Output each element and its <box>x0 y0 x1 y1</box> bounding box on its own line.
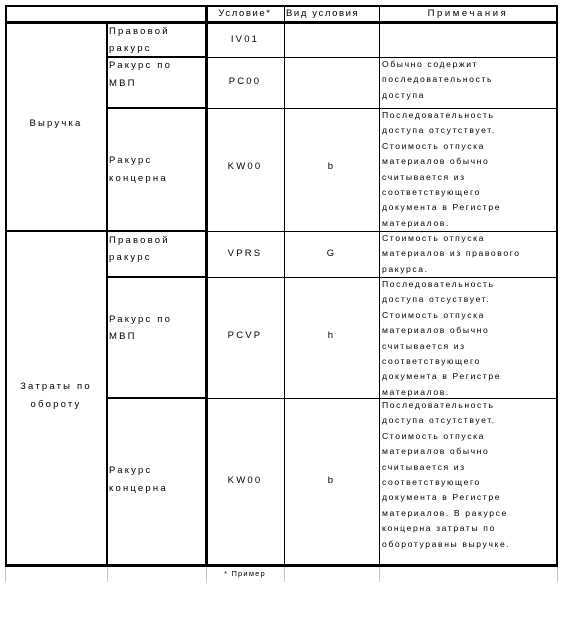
group-separator <box>5 230 206 232</box>
row-condition-text: PC00 <box>206 75 284 89</box>
row-separator <box>206 108 557 109</box>
row-view-text: Правовой ракурс <box>107 232 206 266</box>
row-view: Правовой ракурс <box>107 231 206 277</box>
footer-gridline <box>379 567 380 582</box>
row-notes <box>379 22 557 57</box>
table-bottom-border <box>5 564 558 567</box>
footnote: * Пример <box>206 565 284 582</box>
group-label: Затраты по обороту <box>5 231 107 565</box>
row-notes-text: Стоимость отпуска материалов из правовог… <box>379 231 557 277</box>
header-condition: Условие* <box>206 5 284 22</box>
row-view-text: Ракурс концерна <box>107 152 206 188</box>
row-notes: Последовательность доступа отсуствует. С… <box>379 277 557 398</box>
row-notes: Последовательность доступа отсутствует. … <box>379 398 557 565</box>
header-notes-text: Примечания <box>379 6 557 21</box>
row-separator <box>206 277 557 278</box>
row-condition: KW00 <box>206 398 284 565</box>
row-view: Ракурс по МВП <box>107 57 206 108</box>
row-notes-text: Последовательность доступа отсуствует. С… <box>379 277 557 400</box>
row-condition-text: KW00 <box>206 160 284 174</box>
footnote-text: * Пример <box>206 569 284 579</box>
row-condition-type: b <box>284 398 379 565</box>
row-separator-view <box>107 397 206 399</box>
table-right-border <box>556 5 558 566</box>
footer-gridline <box>107 567 108 582</box>
footer-gridline <box>5 567 6 582</box>
footer-gridline <box>284 567 285 582</box>
col-sep-condition-type <box>284 5 285 565</box>
col-sep-view-condition <box>205 5 208 565</box>
row-separator <box>206 231 557 232</box>
row-condition: PC00 <box>206 57 284 108</box>
row-view: Правовой ракурс <box>107 22 206 57</box>
row-view: Ракурс концерна <box>107 108 206 231</box>
row-notes: Обычно содержит последовательность досту… <box>379 57 557 108</box>
row-condition-type: h <box>284 277 379 398</box>
row-separator-view <box>107 276 206 278</box>
row-condition-text: VPRS <box>206 247 284 261</box>
row-notes-text: Последовательность доступа отсутствует. … <box>379 398 557 552</box>
footer-gridline <box>557 567 558 582</box>
col-sep-type-notes <box>379 5 380 565</box>
header-bottom-border <box>5 21 557 24</box>
row-condition: IV01 <box>206 22 284 57</box>
row-notes: Последовательность доступа отсутствует. … <box>379 108 557 231</box>
row-condition-type: b <box>284 108 379 231</box>
row-condition-type-text: G <box>284 247 379 261</box>
row-notes-text: Обычно содержит последовательность досту… <box>379 57 557 103</box>
row-separator <box>206 398 557 399</box>
row-condition-text: KW00 <box>206 474 284 488</box>
row-notes-text: Последовательность доступа отсутствует. … <box>379 108 557 231</box>
row-view-text: Ракурс концерна <box>107 462 206 498</box>
header-condition-type-text: Вид условия <box>284 6 379 21</box>
header-condition-text: Условие* <box>206 6 284 21</box>
row-condition-type-text: b <box>284 160 379 174</box>
group-label-text: Выручка <box>5 115 107 133</box>
table-top-border <box>5 5 557 7</box>
row-condition: PCVP <box>206 277 284 398</box>
col-sep-group-view <box>106 22 108 565</box>
row-view-text: Ракурс по МВП <box>107 311 206 345</box>
group-label: Выручка <box>5 22 107 231</box>
row-separator-view <box>107 56 206 58</box>
header-notes: Примечания <box>379 5 557 22</box>
row-condition-type: G <box>284 231 379 277</box>
header-condition-type: Вид условия <box>284 5 379 22</box>
row-separator <box>206 57 557 58</box>
row-condition-type <box>284 22 379 57</box>
row-view: Ракурс по МВП <box>107 277 206 398</box>
group-label-text: Затраты по обороту <box>5 378 107 414</box>
row-view-text: Ракурс по МВП <box>107 57 206 93</box>
row-condition-type-text: b <box>284 474 379 488</box>
row-condition-type-text: h <box>284 329 379 343</box>
row-condition: KW00 <box>206 108 284 231</box>
row-condition-text: PCVP <box>206 329 284 343</box>
footer-gridline <box>206 567 207 582</box>
row-view-text: Правовой ракурс <box>107 23 206 57</box>
row-separator-view <box>107 107 206 109</box>
row-view: Ракурс концерна <box>107 398 206 565</box>
row-condition: VPRS <box>206 231 284 277</box>
table-left-border <box>5 5 7 566</box>
row-notes: Стоимость отпуска материалов из правовог… <box>379 231 557 277</box>
row-condition-text: IV01 <box>206 33 284 47</box>
row-condition-type <box>284 57 379 108</box>
